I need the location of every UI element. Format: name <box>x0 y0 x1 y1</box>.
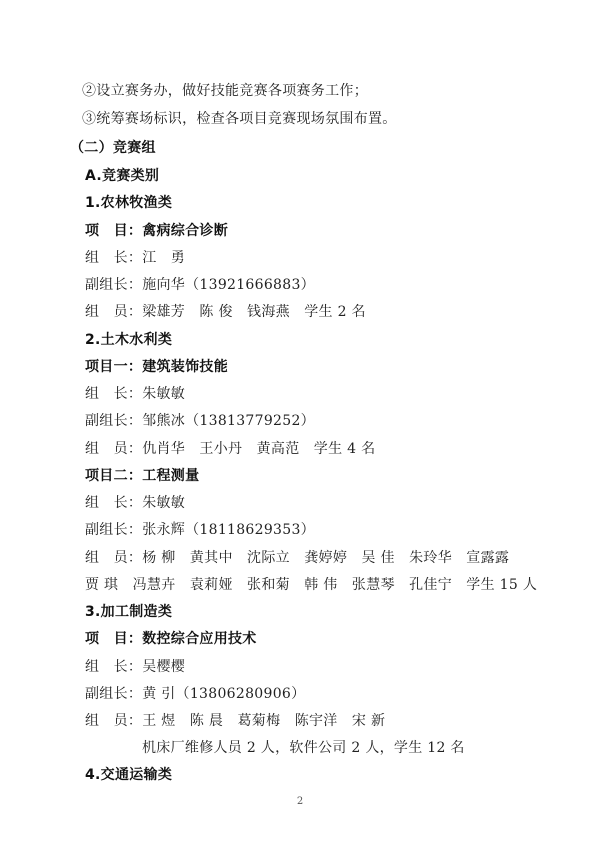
section-heading-competition-group: （二）竞赛组 <box>70 139 156 157</box>
team-members-continued: 机床厂维修人员 2 人，软件公司 2 人，学生 12 名 <box>142 739 465 757</box>
team-members: 组 员：杨 柳 黄其中 沈际立 龚婷婷 吴 佳 朱玲华 宣露露 <box>85 549 509 567</box>
deputy-leader: 副组长：张永辉（18118629353） <box>85 521 315 539</box>
team-leader: 组 长：朱敏敏 <box>85 494 185 512</box>
team-members-continued: 贾 琪 冯慧卉 袁莉娅 张和菊 韩 伟 张慧琴 孔佳宁 学生 15 人 <box>85 576 537 594</box>
deputy-leader: 副组长：邹熊冰（13813779252） <box>85 412 315 430</box>
project-title: 项目二：工程测量 <box>85 467 199 485</box>
project-title: 项目一：建筑装饰技能 <box>85 358 228 376</box>
team-leader: 组 长：吴樱樱 <box>85 658 185 676</box>
category-heading-manufacturing: 3.加工制造类 <box>85 603 172 621</box>
category-heading-agriculture: 1.农林牧渔类 <box>85 194 172 212</box>
team-members: 组 员：王 煜 陈 晨 葛菊梅 陈宇洋 宋 新 <box>85 712 385 730</box>
team-leader: 组 长：朱敏敏 <box>85 385 185 403</box>
document-page: ②设立赛务办，做好技能竞赛各项赛务工作； ③统筹赛场标识，检查各项目竞赛现场氛围… <box>0 0 600 849</box>
category-heading-transport: 4.交通运输类 <box>85 766 172 784</box>
page-number: 2 <box>0 796 600 807</box>
team-leader: 组 长：江 勇 <box>85 249 185 267</box>
task-item-2: ②设立赛务办，做好技能竞赛各项赛务工作； <box>82 82 368 100</box>
category-heading-civil: 2.土木水利类 <box>85 331 172 349</box>
team-members: 组 员：仇肖华 王小丹 黄高范 学生 4 名 <box>85 440 375 458</box>
project-title: 项 目：禽病综合诊断 <box>85 222 228 240</box>
deputy-leader: 副组长：施向华（13921666883） <box>85 276 315 294</box>
task-item-3: ③统筹赛场标识，检查各项目竞赛现场氛围布置。 <box>82 110 397 128</box>
project-title: 项 目：数控综合应用技术 <box>85 630 257 648</box>
deputy-leader: 副组长：黄 引（13806280906） <box>85 685 305 703</box>
team-members: 组 员：梁雄芳 陈 俊 钱海燕 学生 2 名 <box>85 303 366 321</box>
subsection-heading-categories: A.竞赛类别 <box>85 167 159 185</box>
